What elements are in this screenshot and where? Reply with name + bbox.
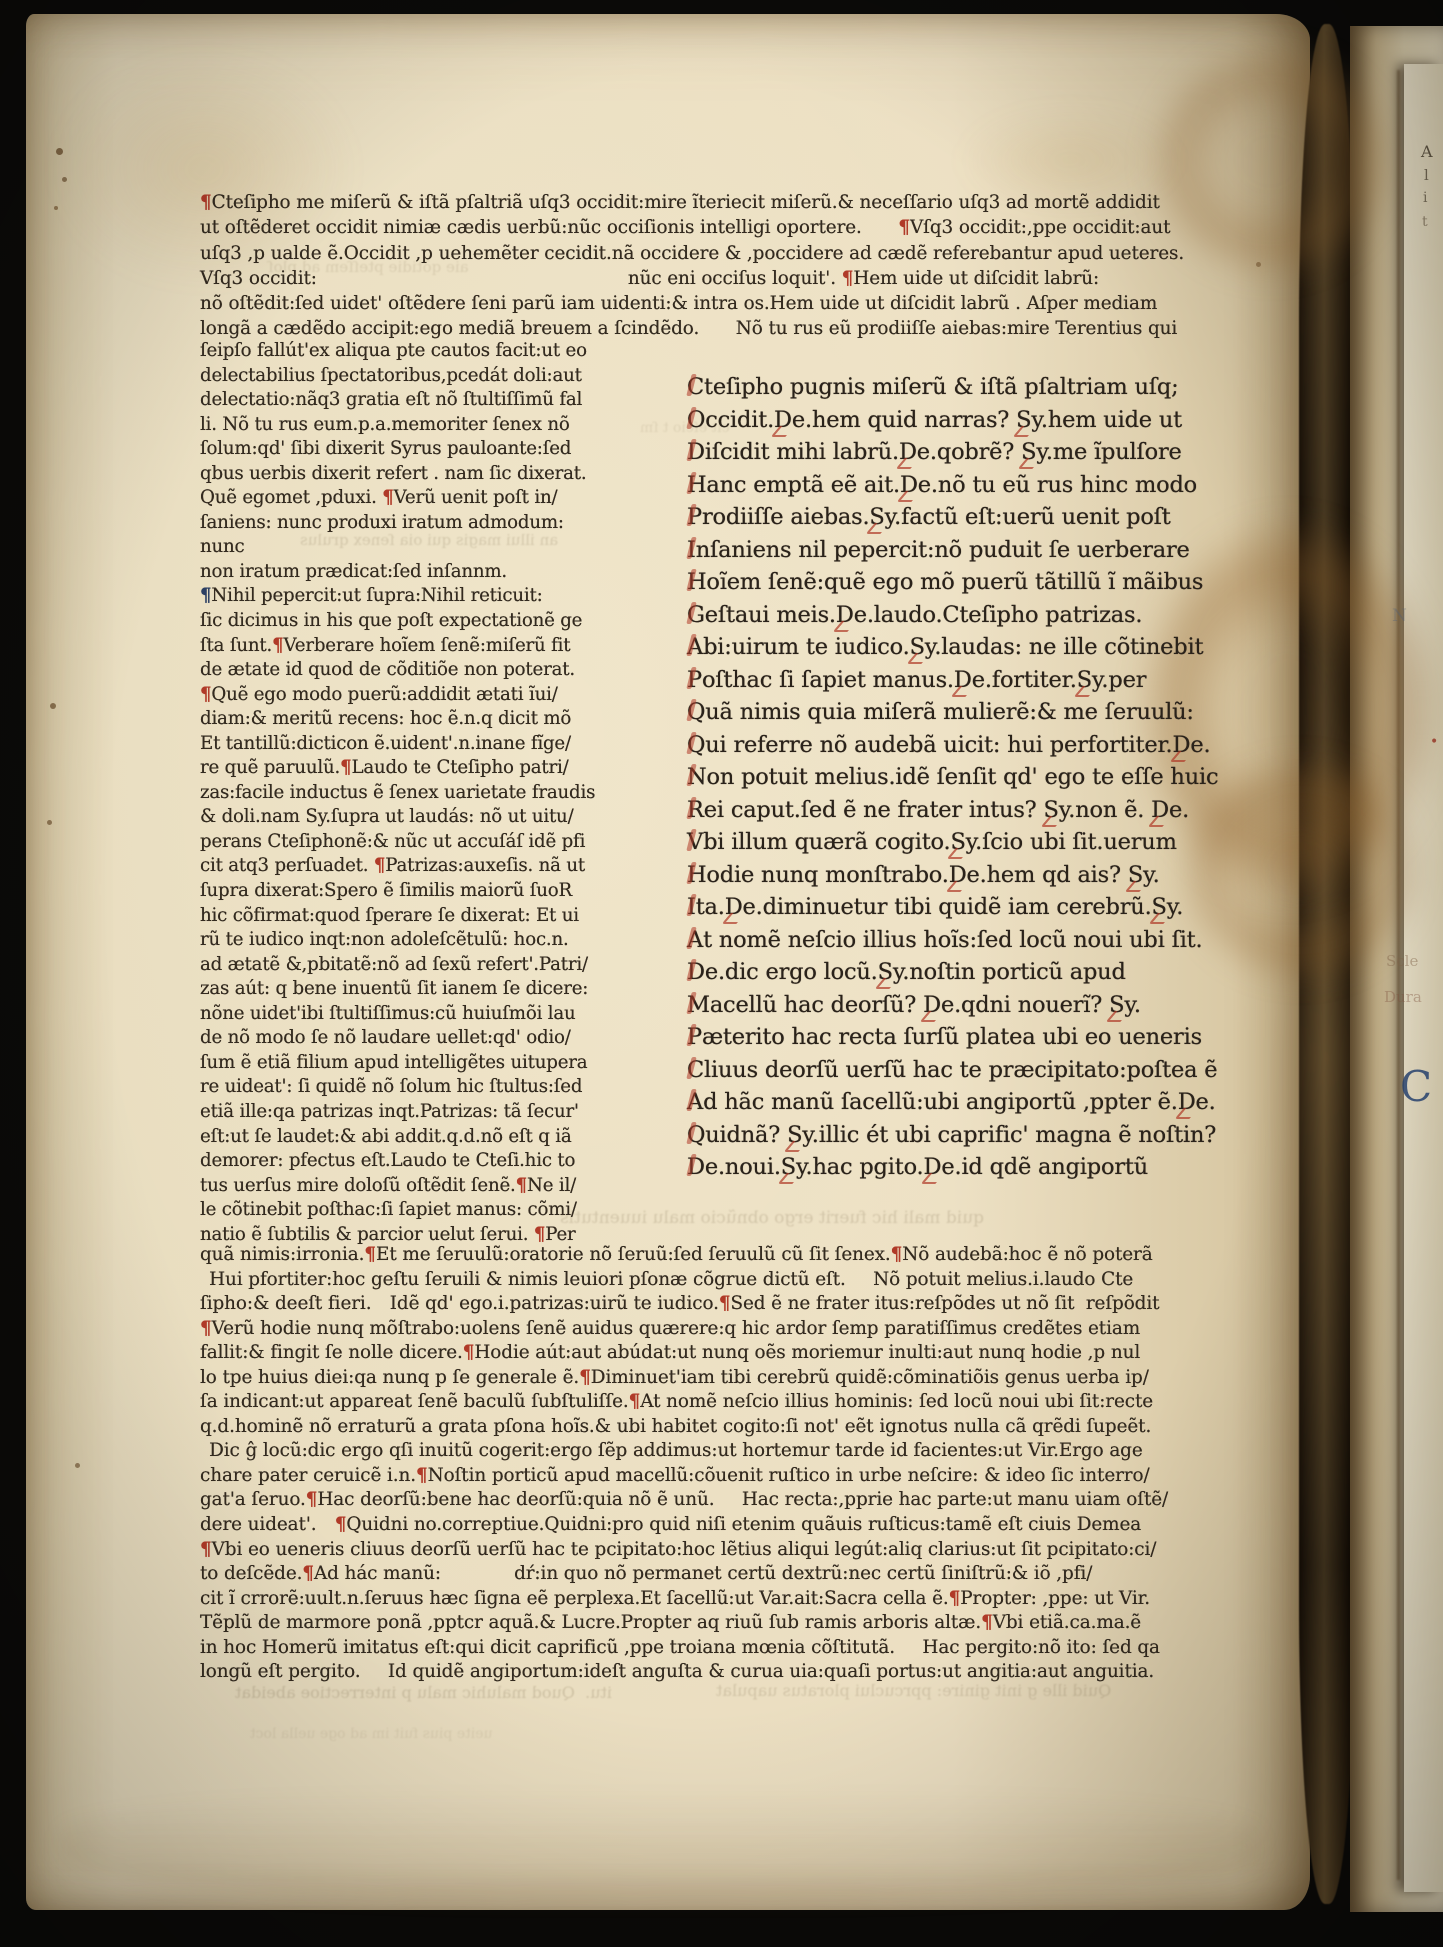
pilcrow-red-icon: ¶: [302, 1563, 314, 1584]
commentary-line: lo tpe huius diei:qa nunq p ſe generale …: [200, 1366, 1252, 1391]
pilcrow-red-icon: ¶: [949, 1588, 961, 1609]
commentary-line: nunc: [200, 535, 662, 560]
verse-line: Abi:uirum te iudico.Sy.laudas: ne ille c…: [687, 631, 1251, 664]
verse-line: Ita.De.diminuetur tibi quidẽ iam cerebrũ…: [687, 891, 1251, 924]
pilcrow-red-icon: ¶: [306, 1489, 318, 1510]
pilcrow-red-icon: ¶: [719, 1293, 731, 1314]
speaker-abbrev: De.: [774, 407, 812, 433]
speaker-abbrev: Sy.: [1128, 862, 1160, 888]
rubricated-initial: Q: [687, 1119, 705, 1152]
commentary-line: ſta ſunt.¶Verberare hoĩem ſenẽ:miſerũ fi…: [200, 634, 662, 659]
pilcrow-red-icon: ¶: [200, 684, 211, 705]
rubricated-initial: A: [687, 631, 703, 664]
commentary-line: de nõ modo ſe nõ laudare uellet:qd' odio…: [200, 1026, 662, 1051]
verse-line: Non potuit melius.idẽ ſenſit qd' ego te …: [687, 761, 1251, 794]
speaker-abbrev: Sy.: [1077, 667, 1109, 693]
commentary-line: longã a cædẽdo accipit:ego mediã breuem …: [200, 316, 1252, 341]
commentary-line: zas:facile inductus ẽ ſenex uarietate fr…: [200, 781, 662, 806]
speaker-abbrev: Sy.: [787, 1122, 819, 1148]
verse-line: Macellũ hac deorſũ? De.qdni nouerĩ? Sy.: [687, 989, 1251, 1022]
pilcrow-red-icon: ¶: [200, 192, 212, 213]
speaker-abbrev: De.: [1178, 1089, 1216, 1115]
commentary-line: gat'a ſeruo.¶Hac deorſũ:bene hac deorſũ:…: [200, 1488, 1252, 1513]
speaker-abbrev: De.: [836, 602, 874, 628]
commentary-line: ſeipſo fallút'ex aliqua pte cautos facit…: [200, 339, 662, 364]
commentary-line: ſum ẽ etiã filium apud intelligẽtes uitu…: [200, 1051, 662, 1076]
verse-line: Pæterito hac recta ſurſũ platea ubi eo u…: [687, 1021, 1251, 1054]
commentary-line: cit atq3 perſuadet. ¶Patrizas:auxeſis. n…: [200, 854, 662, 879]
rubricated-initial: C: [687, 1054, 704, 1087]
speaker-abbrev: Sy.: [878, 959, 910, 985]
rubricated-initial: P: [687, 1021, 702, 1054]
pilcrow-red-icon: ¶: [382, 487, 393, 508]
rubricated-initial: N: [687, 761, 707, 794]
verse-line: Geſtaui meis.De.laudo.Cteſipho patrizas.: [687, 599, 1251, 632]
rubricated-initial: H: [687, 859, 706, 892]
commentary-line: in hoc Homerũ imitatus eſt:qui dicit cap…: [200, 1636, 1252, 1661]
rubricated-initial: G: [687, 599, 705, 632]
play-text-block: Cteſipho pugnis miſerũ & iſtã pſaltriam …: [687, 371, 1251, 1184]
commentary-line: Quẽ egomet ,pduxi. ¶Verũ uenit poſt in/: [200, 486, 662, 511]
commentary-line: de ætate id quod de cõditiõe non poterat…: [200, 658, 662, 683]
commentary-line: rũ te iudico inqt:non adoleſcẽtulũ: hoc.…: [200, 928, 662, 953]
commentary-line: ſaniens: nunc produxi iratum admodum:: [200, 511, 662, 536]
rubricated-initial: Q: [687, 729, 705, 762]
commentary-line: fallit:& fingit ſe nolle dicere.¶Hodie a…: [200, 1341, 1252, 1366]
rubricated-initial: H: [687, 469, 706, 502]
pilcrow-red-icon: ¶: [463, 1342, 475, 1363]
commentary-line: ut oſtẽderet occidit nimiæ cædis uerbũ:n…: [200, 215, 1252, 240]
commentary-line: le cõtinebit poſthac:ſi ſapiet manus: cõ…: [200, 1198, 662, 1223]
pilcrow-red-icon: ¶: [579, 1367, 591, 1388]
commentary-line: delectatio:nãq3 gratia eſt nõ ſtultiſſim…: [200, 388, 662, 413]
commentary-line: tus uerſus mire doloſũ oſtẽdit ſenẽ.¶Ne …: [200, 1174, 662, 1199]
commentary-line: ¶Vbi eo ueneris cliuus deorſũ uerſũ hac …: [200, 1538, 1252, 1563]
speaker-abbrev: Sy.: [1044, 797, 1076, 823]
pilcrow-red-icon: ¶: [891, 1244, 903, 1265]
commentary-line: ſipho:& deeſt fieri. Idẽ qd' ego.i.patri…: [200, 1292, 1252, 1317]
commentary-line: q.d.hominẽ nõ erraturũ a grata pſona hoĩ…: [200, 1415, 1252, 1440]
rubricated-initial: I: [687, 891, 696, 924]
rubricated-initial: M: [687, 989, 710, 1022]
pilcrow-red-icon: ¶: [842, 268, 854, 289]
verse-line: Rei caput.ſed ẽ ne frater intus? Sy.non …: [687, 794, 1251, 827]
commentary-line: quã nimis:irronia.¶Et me ſeruulũ:oratori…: [200, 1243, 1252, 1268]
commentary-line: ¶Quẽ ego modo puerũ:addidit ætati ĩui/: [200, 683, 662, 708]
commentary-line: ¶Nihil pepercit:ut ſupra:Nihil reticuit:: [200, 584, 662, 609]
pilcrow-red-icon: ¶: [272, 635, 283, 656]
speaker-abbrev: Sy.: [869, 504, 901, 530]
book-gutter-fold: [1299, 24, 1355, 1904]
commentary-line: non iratum prædicat:ſed inſannm.: [200, 560, 662, 585]
verse-line: Vbi illum quærã cogito.Sy.ſcio ubi ſit.u…: [687, 826, 1251, 859]
rubricated-initial: P: [687, 501, 702, 534]
commentary-line: ſupra dixerat:Spero ẽ ſimilis maiorũ ſuo…: [200, 879, 662, 904]
pilcrow-red-icon: ¶: [364, 1244, 376, 1265]
rubricated-initial: I: [687, 534, 696, 567]
verse-line: Hoĩem ſenẽ:quẽ ego mõ puerũ tãtillũ ĩ mã…: [687, 566, 1251, 599]
commentary-line: Hui pfortiter:hoc geſtu ſeruili & nimis …: [200, 1268, 1252, 1293]
speaker-abbrev: Sy.: [1109, 992, 1141, 1018]
facing-page-edge: [1404, 64, 1443, 1892]
commentary-line: demorer: pfectus eſt.Laudo te Cteſi.hic …: [200, 1149, 662, 1174]
commentary-line: ſic dicimus in his que poſt expectationẽ…: [200, 609, 662, 634]
pilcrow-red-icon: ¶: [516, 1175, 527, 1196]
speaker-abbrev: De.: [924, 1154, 962, 1180]
verse-line: Ad hãc manũ ſacellũ:ubi angiportũ ,ppter…: [687, 1086, 1251, 1119]
speaker-abbrev: De.: [954, 667, 992, 693]
commentary-line: etiã ille:qa patrizas inqt.Patrizas: tã …: [200, 1100, 662, 1125]
rubricated-initial: P: [687, 664, 702, 697]
rubricated-initial: A: [687, 1086, 703, 1119]
commentary-left-column: ſeipſo fallút'ex aliqua pte cautos facit…: [200, 339, 662, 1247]
verse-line: Quã nimis quia miſerã mulierẽ:& me ſeruu…: [687, 696, 1251, 729]
commentary-line: ad ætatẽ &,pbitatẽ:nõ ad ſexũ refert'.Pa…: [200, 953, 662, 978]
rubricated-initial: D: [687, 1151, 705, 1184]
commentary-line: dere uideat'. ¶Quidni no.correptiue.Quid…: [200, 1513, 1252, 1538]
speaker-abbrev: De.: [899, 439, 937, 465]
verse-line: De.noui.Sy.hac pgito.De.id qdẽ angiportũ: [687, 1151, 1251, 1184]
commentary-line: delectabilius ſpectatoribus,pcedát doli:…: [200, 364, 662, 389]
pilcrow-red-icon: ¶: [629, 1391, 641, 1412]
pilcrow-red-icon: ¶: [534, 1224, 545, 1245]
rubricated-initial: D: [687, 956, 705, 989]
commentary-line: cit ĩ crrorẽ:uult.n.ſeruus hæc ſigna eẽ …: [200, 1587, 1252, 1612]
verse-line: Hanc emptã eẽ ait.De.nõ tu eũ rus hinc m…: [687, 469, 1251, 502]
commentary-line: nõ oſtẽdit:ſed uidet' oſtẽdere ſeni parũ…: [200, 291, 1252, 316]
commentary-line: chare pater ceruicẽ i.n.¶Noſtin porticũ …: [200, 1464, 1252, 1489]
verse-line: Cteſipho pugnis miſerũ & iſtã pſaltriam …: [687, 371, 1251, 404]
rubricated-initial: C: [687, 371, 704, 404]
commentary-line: Tẽplũ de marmore ponã ,pptcr aquã.& Lucr…: [200, 1611, 1252, 1636]
verse-line: Prodiiſſe aiebas.Sy.factũ eſt:uerũ uenit…: [687, 501, 1251, 534]
speaker-abbrev: Sy.: [781, 1154, 813, 1180]
speaker-abbrev: De.: [923, 992, 961, 1018]
pilcrow-red-icon: ¶: [200, 1539, 212, 1560]
commentary-line: zas aút: q bene inuentũ ſit ianem ſe dic…: [200, 977, 662, 1002]
commentary-line: eſt:ut ſe laudet:& abi addit.q.d.nõ eſt …: [200, 1125, 662, 1150]
verse-line: At nomẽ neſcio illius hoĩs:ſed locũ noui…: [687, 924, 1251, 957]
commentary-line: ¶Verũ hodie nunq mõſtrabo:uolens ſenẽ au…: [200, 1317, 1252, 1342]
commentary-line: ¶Cteſipho me miſerũ & iſtã pſaltriã uſq3…: [200, 190, 1252, 215]
pilcrow-red-icon: ¶: [374, 855, 385, 876]
speaker-abbrev: Sy.: [1152, 894, 1184, 920]
speaker-abbrev: Sy.: [910, 634, 942, 660]
page-crease: [1397, 70, 1400, 1880]
verse-line: Hodie nunq monſtrabo.De.hem qd ais? Sy.: [687, 859, 1251, 892]
commentary-line: hic cõfirmat:quod ſperare ſe dixerat: Et…: [200, 904, 662, 929]
commentary-line: Dic ĝ locũ:dic ergo qſi inuitũ cogerit:e…: [200, 1439, 1252, 1464]
speaker-abbrev: Sy.: [1021, 439, 1053, 465]
pilcrow-red-icon: ¶: [340, 757, 351, 778]
commentary-line: longũ eſt pergito. Id quidẽ angiportum:i…: [200, 1660, 1252, 1685]
pilcrow-red-icon: ¶: [981, 1612, 993, 1633]
commentary-line: ſa indicant:ut appareat ſenẽ baculũ ſubſ…: [200, 1390, 1252, 1415]
speaker-abbrev: Sy.: [1016, 407, 1048, 433]
speaker-abbrev: De.: [1151, 797, 1189, 823]
commentary-bottom-block: quã nimis:irronia.¶Et me ſeruulũ:oratori…: [200, 1243, 1252, 1685]
commentary-line: Vſq3 occidit: nũc eni occiſus loquit'. ¶…: [200, 266, 1252, 291]
speaker-abbrev: De.: [725, 894, 763, 920]
pilcrow-red-icon: ¶: [416, 1465, 428, 1486]
commentary-line: to deſcẽde.¶Ad hác manũ: dŕ:in quo nõ pe…: [200, 1562, 1252, 1587]
speaker-abbrev: De.: [1173, 732, 1211, 758]
rubricated-initial: A: [687, 924, 703, 957]
commentary-line: re quẽ paruulũ.¶Laudo te Cteſipho patri/: [200, 756, 662, 781]
rubricated-initial: R: [687, 794, 704, 827]
rubricated-initial: D: [687, 436, 705, 469]
commentary-line: re uideat': ſi quidẽ nõ ſolum hic ſtultu…: [200, 1075, 662, 1100]
rubricated-initial: V: [687, 826, 703, 859]
commentary-line: & doli.nam Sy.ſupra ut laudás: nõ ut uit…: [200, 805, 662, 830]
pilcrow-red-icon: ¶: [335, 1514, 347, 1535]
verse-line: Quidnã? Sy.illic ét ubi caprific' magna …: [687, 1119, 1251, 1152]
verse-line: Inſaniens nil pepercit:nõ puduit ſe uerb…: [687, 534, 1251, 567]
verse-line: Qui referre nõ audebã uicit: hui perfort…: [687, 729, 1251, 762]
speaker-abbrev: De.: [900, 472, 938, 498]
commentary-line: perans Cteſiphonẽ:& nũc ut accuſáſ idẽ p…: [200, 830, 662, 855]
verse-line: Cliuus deorſũ uerſũ hac te præcipitato:p…: [687, 1054, 1251, 1087]
speaker-abbrev: Sy.: [950, 829, 982, 855]
verse-line: Poſthac ſi ſapiet manus.De.fortiter.Sy.p…: [687, 664, 1251, 697]
pilcrow-blue-icon: ¶: [200, 585, 211, 606]
rubricated-initial: Q: [687, 696, 705, 729]
verse-line: Occidit.De.hem quid narras? Sy.hem uide …: [687, 404, 1251, 437]
photo-of-incunable-page: { "palette": { "rubric_red": "#b03a28", …: [0, 0, 1443, 1947]
commentary-line: diam:& meritũ recens: hoc ẽ.n.q dicit mõ: [200, 707, 662, 732]
commentary-top-block: ¶Cteſipho me miſerũ & iſtã pſaltriã uſq3…: [200, 190, 1252, 342]
commentary-line: nõne uidet'ibi ſtultiſſimus:cũ huiuſmõi …: [200, 1002, 662, 1027]
pilcrow-red-icon: ¶: [200, 1318, 212, 1339]
speaker-abbrev: De.: [949, 862, 987, 888]
commentary-line: li. Nõ tu rus eum.p.a.memoriter ſenex nõ: [200, 413, 662, 438]
verse-line: De.dic ergo locũ.Sy.noſtin porticũ apud: [687, 956, 1251, 989]
commentary-line: uſq3 ,p ualde ẽ.Occidit ,p uehemẽter cec…: [200, 241, 1252, 266]
commentary-line: Et tantillũ:dicticon ẽ.uident'.n.inane f…: [200, 732, 662, 757]
rubricated-initial: H: [687, 566, 706, 599]
rubricated-initial: O: [687, 404, 705, 437]
commentary-line: qbus uerbis dixerit refert . nam ſic dix…: [200, 462, 662, 487]
verse-line: Diſcidit mihi labrũ.De.qobrẽ? Sy.me ĩpul…: [687, 436, 1251, 469]
commentary-line: ſolum:qd' ſibi dixerit Syrus pauloante:ſ…: [200, 437, 662, 462]
pilcrow-red-icon: ¶: [898, 217, 910, 238]
